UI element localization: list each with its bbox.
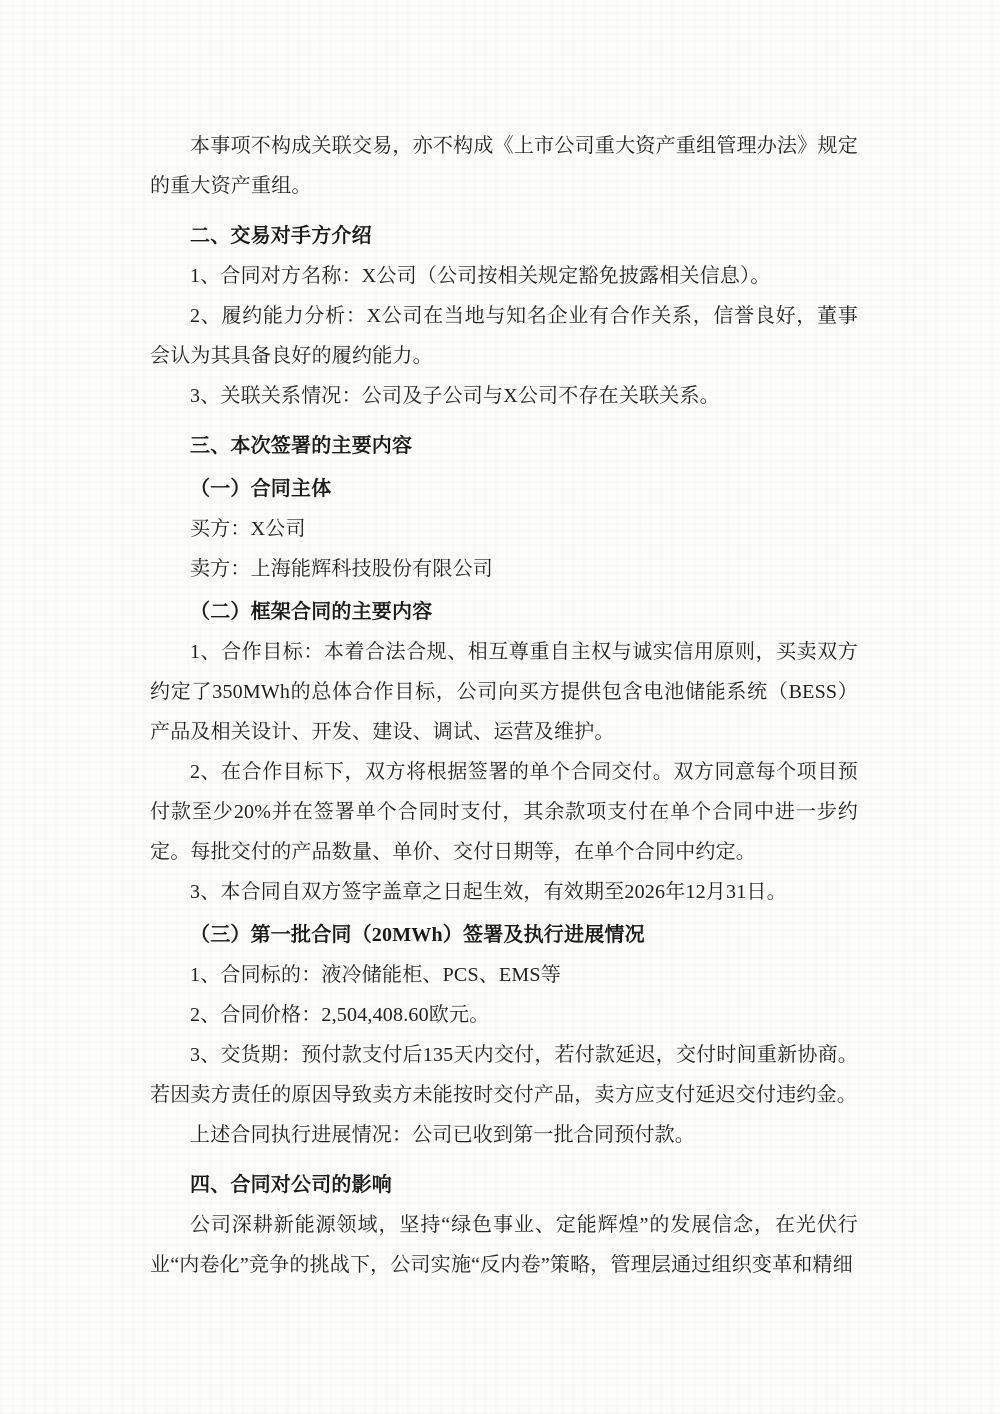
paragraph-seller: 卖方：上海能辉科技股份有限公司 [150,549,858,589]
paragraph-contract-subject: 1、合同标的：液冷储能柜、PCS、EMS等 [150,955,858,995]
paragraph-contract-price: 2、合同价格：2,504,408.60欧元。 [150,995,858,1035]
heading-section-3-main-content: 三、本次签署的主要内容 [150,426,858,466]
subheading-2-framework-contract: （二）框架合同的主要内容 [150,592,858,632]
subheading-3-first-batch-contract: （三）第一批合同（20MWh）签署及执行进展情况 [150,915,858,955]
paragraph-delivery-and-prepayment: 2、在合作目标下，双方将根据签署的单个合同交付。双方同意每个项目预付款至少20%… [150,752,858,872]
paragraph-no-major-restructuring: 本事项不构成关联交易，亦不构成《上市公司重大资产重组管理办法》规定的重大资产重组… [150,126,858,206]
subheading-1-contract-parties: （一）合同主体 [150,469,858,509]
heading-section-2-counterparty: 二、交易对手方介绍 [150,216,858,256]
paragraph-contract-validity: 3、本合同自双方签字盖章之日起生效，有效期至2026年12月31日。 [150,872,858,912]
paragraph-execution-progress: 上述合同执行进展情况：公司已收到第一批合同预付款。 [150,1115,858,1155]
paragraph-delivery-period: 3、交货期：预付款支付后135天内交付，若付款延迟，交付时间重新协商。若因卖方责… [150,1035,858,1115]
paragraph-buyer: 买方：X公司 [150,509,858,549]
paragraph-related-party-status: 3、关联关系情况：公司及子公司与X公司不存在关联关系。 [150,376,858,416]
paragraph-cooperation-goal: 1、合作目标：本着合法合规、相互尊重自主权与诚实信用原则，买卖双方约定了350M… [150,632,858,752]
paragraph-performance-capability: 2、履约能力分析：X公司在当地与知名企业有合作关系，信誉良好，董事会认为其具备良… [150,296,858,376]
paragraph-company-impact: 公司深耕新能源领域，坚持“绿色事业、定能辉煌”的发展信念，在光伏行业“内卷化”竞… [150,1205,858,1285]
paragraph-counterparty-name: 1、合同对方名称：X公司（公司按相关规定豁免披露相关信息）。 [150,256,858,296]
heading-section-4-impact: 四、合同对公司的影响 [150,1165,858,1205]
document-page: 本事项不构成关联交易，亦不构成《上市公司重大资产重组管理办法》规定的重大资产重组… [0,0,1000,1414]
